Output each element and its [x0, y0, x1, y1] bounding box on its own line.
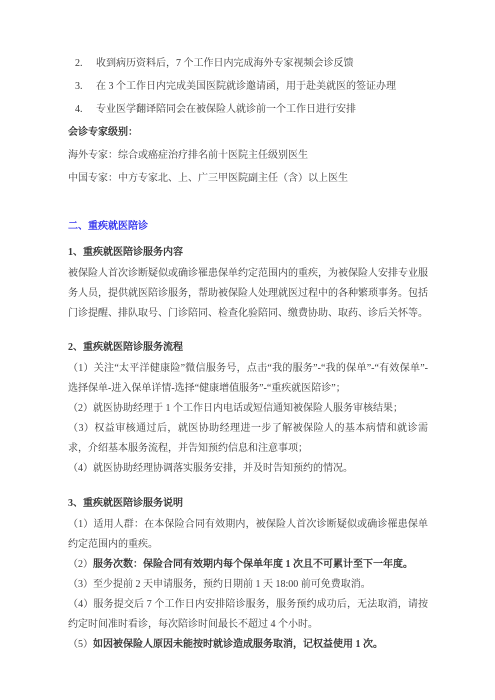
- sub3-note: （1）适用人群：在本保险合同有效期内，被保险人首次诊断疑似或确诊罹患保单约定范围…: [68, 515, 428, 555]
- sub2-heading: 2、重疾就医陪诊服务流程: [68, 336, 428, 359]
- document-page: 2. 收到病历资料后，7 个工作日内完成海外专家视频会诊反馈 3. 在 3 个工…: [0, 0, 495, 700]
- list-item: 3. 在 3 个工作日内完成美国医院就诊邀请函，用于赴美就医的签证办理: [68, 75, 428, 98]
- sub2-step: （2）就医协助经理于 1 个工作日内电话或短信通知被保险人服务审核结果；: [68, 399, 428, 419]
- list-item-number: 4.: [68, 98, 96, 121]
- list-item-number: 2.: [68, 52, 96, 75]
- list-item-number: 3.: [68, 75, 96, 98]
- note-text: 至少提前 2 天申请服务，预约日期前 1 天 18:00 前可免费取消。: [93, 579, 371, 590]
- sub1-body: 被保险人首次诊断疑似或确诊罹患保单约定范围内的重疾，为被保险人安排专业服务人员，…: [68, 264, 428, 324]
- sub3-note: （2）服务次数：保险合同有效期内每个保单年度 1 次且不可累计至下一年度。: [68, 555, 428, 575]
- sub3-note: （4）服务提交后 7 个工作日内安排陪诊服务，服务预约成功后，无法取消，请按约定…: [68, 595, 428, 635]
- list-item: 4. 专业医学翻译陪同会在被保险人就诊前一个工作日进行安排: [68, 98, 428, 121]
- expert-china-line: 中国专家：中方专家北、上、广三甲医院副主任（含）以上医生: [68, 167, 428, 190]
- list-item-text: 在 3 个工作日内完成美国医院就诊邀请函，用于赴美就医的签证办理: [96, 75, 428, 98]
- sub2-step: （1）关注“太平洋健康险”微信服务号，点击“我的服务”-“我的保单”-“有效保单…: [68, 359, 428, 399]
- list-item-text: 收到病历资料后，7 个工作日内完成海外专家视频会诊反馈: [96, 52, 428, 75]
- note-text: 如因被保险人原因未能按时就诊造成服务取消，记权益使用 1 次。: [93, 639, 383, 650]
- section-heading: 二、重疾就医陪诊: [68, 215, 428, 238]
- note-prefix: （1）: [68, 519, 93, 530]
- sub2-step: （3）权益审核通过后，就医协助经理进一步了解被保险人的基本病情和就诊需求，介绍基…: [68, 419, 428, 459]
- list-item-text: 专业医学翻译陪同会在被保险人就诊前一个工作日进行安排: [96, 98, 428, 121]
- list-item: 2. 收到病历资料后，7 个工作日内完成海外专家视频会诊反馈: [68, 52, 428, 75]
- note-text: 服务提交后 7 个工作日内安排陪诊服务，服务预约成功后，无法取消，请按约定时间准…: [68, 599, 428, 630]
- expert-level-heading: 会诊专家级别：: [68, 121, 428, 144]
- expert-overseas-line: 海外专家：综合或癌症治疗排名前十医院主任级别医生: [68, 144, 428, 167]
- note-prefix: （2）: [68, 559, 93, 570]
- note-text: 适用人群：在本保险合同有效期内，被保险人首次诊断疑似或确诊罹患保单约定范围内的重…: [68, 519, 428, 550]
- sub3-note: （3）至少提前 2 天申请服务，预约日期前 1 天 18:00 前可免费取消。: [68, 575, 428, 595]
- sub1-heading: 1、重疾就医陪诊服务内容: [68, 241, 428, 264]
- sub2-step: （4）就医协助经理协调落实服务安排，并及时告知预约的情况。: [68, 459, 428, 479]
- sub3-note: （5）如因被保险人原因未能按时就诊造成服务取消，记权益使用 1 次。: [68, 635, 428, 655]
- sub3-heading: 3、重疾就医陪诊服务说明: [68, 492, 428, 515]
- note-text: 服务次数：保险合同有效期内每个保单年度 1 次且不可累计至下一年度。: [93, 559, 413, 570]
- note-prefix: （5）: [68, 639, 93, 650]
- note-prefix: （4）: [68, 599, 93, 610]
- note-prefix: （3）: [68, 579, 93, 590]
